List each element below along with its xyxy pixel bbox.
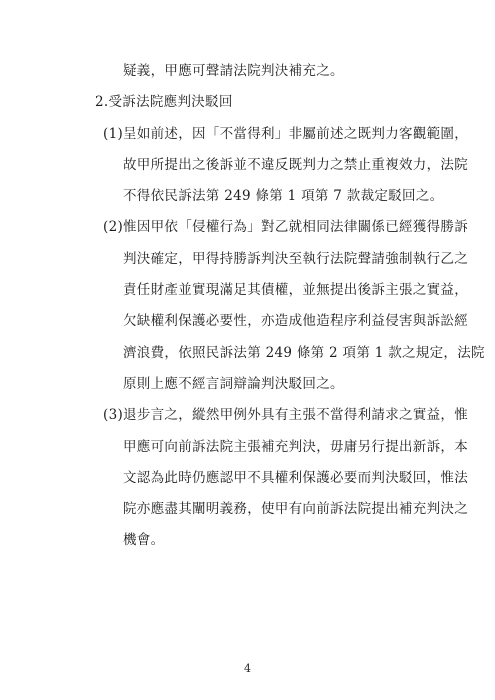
text-line: 欠缺權利保護必要性，亦造成他造程序利益侵害與訴訟經 [0, 306, 495, 337]
document-body: 疑義，甲應可聲請法院判決補充之。 2.受訴法院應判決駁回 (1)呈如前述，因「不… [0, 56, 495, 557]
text-line: 文認為此時仍應認甲不具權利保護必要而判決駁回，惟法 [0, 463, 495, 494]
text-line: 故甲所提出之後訴並不違反既判力之禁止重複效力，法院 [0, 150, 495, 181]
text-line: 濟浪費，依照民訴法第 249 條第 2 項第 1 款之規定，法院 [0, 338, 495, 369]
text-line: 機會。 [0, 525, 495, 556]
text-line: 甲應可向前訴法院主張補充判決，毋庸另行提出新訴，本 [0, 432, 495, 463]
text-line: 責任財產並實現滿足其債權，並無提出後訴主張之實益， [0, 275, 495, 306]
text-line: 院亦應盡其闡明義務，使甲有向前訴法院提出補充判決之 [0, 494, 495, 525]
text-line: 原則上應不經言詞辯論判決駁回之。 [0, 369, 495, 400]
sub-item-2-line: (2)惟因甲依「侵權行為」對乙就相同法律關係已經獲得勝訴 [0, 212, 495, 243]
page-number: 4 [0, 662, 495, 675]
document-page: 疑義，甲應可聲請法院判決補充之。 2.受訴法院應判決駁回 (1)呈如前述，因「不… [0, 0, 495, 700]
sub-item-1-line: (1)呈如前述，因「不當得利」非屬前述之既判力客觀範圍， [0, 119, 495, 150]
text-line: 不得依民訴法第 249 條第 1 項第 7 款裁定駁回之。 [0, 181, 495, 212]
list-item-2-heading: 2.受訴法院應判決駁回 [0, 87, 495, 118]
sub-item-3-line: (3)退步言之，縱然甲例外具有主張不當得利請求之實益，惟 [0, 400, 495, 431]
text-line: 判決確定，甲得持勝訴判決至執行法院聲請強制執行乙之 [0, 244, 495, 275]
text-line: 疑義，甲應可聲請法院判決補充之。 [0, 56, 495, 87]
